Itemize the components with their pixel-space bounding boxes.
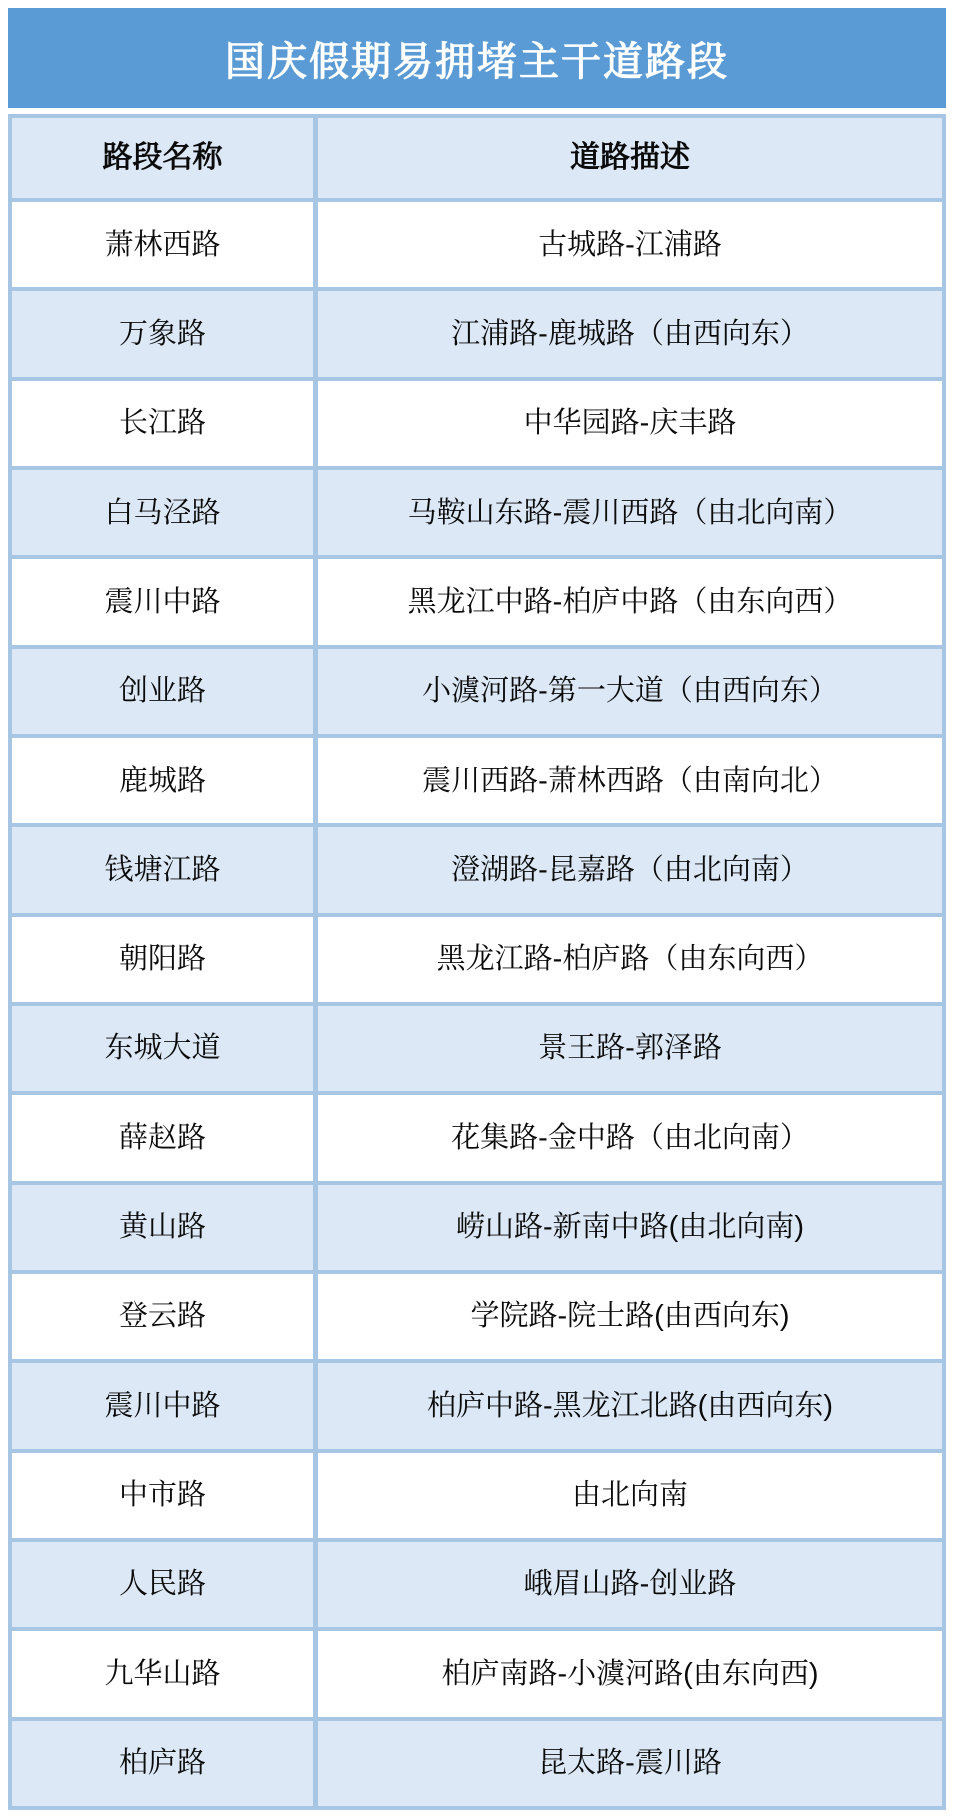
road-description-cell: 柏庐中路-黑龙江北路(由西向东) [318, 1363, 942, 1448]
column-header-road-description: 道路描述 [318, 118, 942, 198]
road-description-cell: 澄湖路-昆嘉路（由北向南） [318, 827, 942, 912]
road-name-cell: 黄山路 [12, 1185, 318, 1270]
road-name-cell: 萧林西路 [12, 202, 318, 287]
table-row: 创业路 小澞河路-第一大道（由西向东） [12, 645, 942, 734]
page-title: 国庆假期易拥堵主干道路段 [225, 30, 729, 87]
road-name-cell: 震川中路 [12, 1363, 318, 1448]
road-name-cell: 人民路 [12, 1542, 318, 1627]
road-description-cell: 震川西路-萧林西路（由南向北） [318, 738, 942, 823]
table-row: 登云路 学院路-院士路(由西向东) [12, 1270, 942, 1359]
table-row: 鹿城路 震川西路-萧林西路（由南向北） [12, 734, 942, 823]
table-row: 中市路 由北向南 [12, 1449, 942, 1538]
road-description-cell: 峨眉山路-创业路 [318, 1542, 942, 1627]
table-row: 钱塘江路 澄湖路-昆嘉路（由北向南） [12, 823, 942, 912]
road-name-cell: 中市路 [12, 1453, 318, 1538]
road-description-cell: 柏庐南路-小澞河路(由东向西) [318, 1631, 942, 1716]
table-row: 柏庐路 昆太路-震川路 [12, 1717, 942, 1806]
road-name-cell: 登云路 [12, 1274, 318, 1359]
road-name-cell: 白马泾路 [12, 470, 318, 555]
road-name-cell: 钱塘江路 [12, 827, 318, 912]
table-row: 黄山路 崂山路-新南中路(由北向南) [12, 1181, 942, 1270]
road-description-cell: 由北向南 [318, 1453, 942, 1538]
road-name-cell: 薛赵路 [12, 1095, 318, 1180]
table-row: 朝阳路 黑龙江路-柏庐路（由东向西） [12, 913, 942, 1002]
table-row: 萧林西路 古城路-江浦路 [12, 198, 942, 287]
road-description-cell: 马鞍山东路-震川西路（由北向南） [318, 470, 942, 555]
table-row: 白马泾路 马鞍山东路-震川西路（由北向南） [12, 466, 942, 555]
road-name-cell: 九华山路 [12, 1631, 318, 1716]
road-description-cell: 景王路-郭泽路 [318, 1006, 942, 1091]
road-table: 路段名称 道路描述 萧林西路 古城路-江浦路 万象路 江浦路-鹿城路（由西向东）… [8, 114, 946, 1810]
table-row: 震川中路 黑龙江中路-柏庐中路（由东向西） [12, 555, 942, 644]
table-row: 长江路 中华园路-庆丰路 [12, 377, 942, 466]
road-name-cell: 创业路 [12, 649, 318, 734]
road-description-cell: 黑龙江路-柏庐路（由东向西） [318, 917, 942, 1002]
road-description-cell: 花集路-金中路（由北向南） [318, 1095, 942, 1180]
road-description-cell: 小澞河路-第一大道（由西向东） [318, 649, 942, 734]
table-row: 人民路 峨眉山路-创业路 [12, 1538, 942, 1627]
road-name-cell: 柏庐路 [12, 1721, 318, 1806]
road-name-cell: 万象路 [12, 291, 318, 376]
table-row: 万象路 江浦路-鹿城路（由西向东） [12, 287, 942, 376]
column-header-road-name: 路段名称 [12, 118, 318, 198]
road-description-cell: 昆太路-震川路 [318, 1721, 942, 1806]
road-name-cell: 长江路 [12, 381, 318, 466]
table-row: 薛赵路 花集路-金中路（由北向南） [12, 1091, 942, 1180]
road-name-cell: 东城大道 [12, 1006, 318, 1091]
page: 国庆假期易拥堵主干道路段 路段名称 道路描述 萧林西路 古城路-江浦路 万象路 … [0, 0, 954, 1818]
road-description-cell: 崂山路-新南中路(由北向南) [318, 1185, 942, 1270]
road-name-cell: 震川中路 [12, 559, 318, 644]
road-description-cell: 古城路-江浦路 [318, 202, 942, 287]
road-description-cell: 黑龙江中路-柏庐中路（由东向西） [318, 559, 942, 644]
road-name-cell: 鹿城路 [12, 738, 318, 823]
road-name-cell: 朝阳路 [12, 917, 318, 1002]
road-description-cell: 中华园路-庆丰路 [318, 381, 942, 466]
road-description-cell: 学院路-院士路(由西向东) [318, 1274, 942, 1359]
table-header-row: 路段名称 道路描述 [12, 118, 942, 198]
table-row: 震川中路 柏庐中路-黑龙江北路(由西向东) [12, 1359, 942, 1448]
table-row: 九华山路 柏庐南路-小澞河路(由东向西) [12, 1627, 942, 1716]
table-row: 东城大道 景王路-郭泽路 [12, 1002, 942, 1091]
title-bar: 国庆假期易拥堵主干道路段 [8, 8, 946, 108]
road-description-cell: 江浦路-鹿城路（由西向东） [318, 291, 942, 376]
